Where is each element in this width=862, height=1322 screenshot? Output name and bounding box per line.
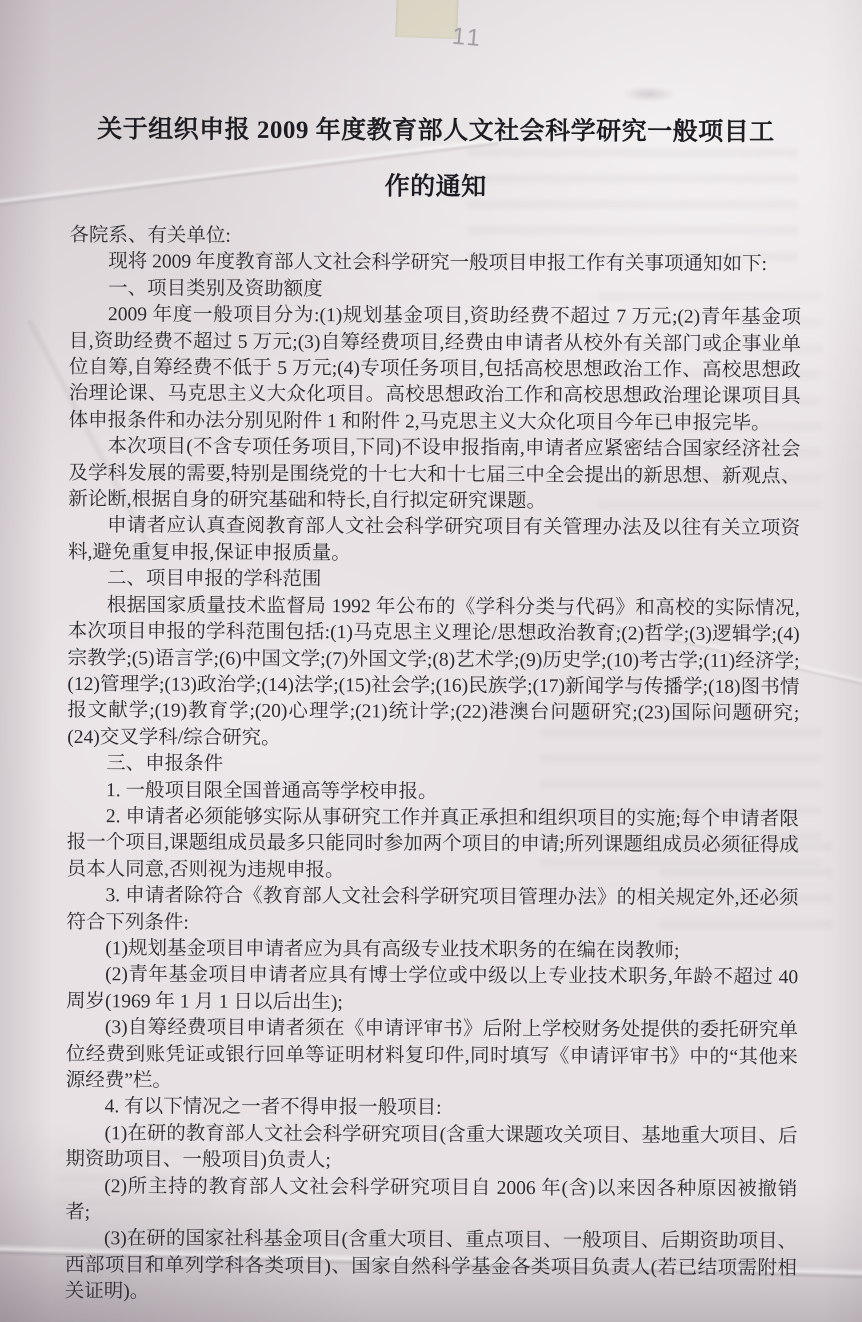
condition-1: 1. 一般项目限全国普通高等学校申报。 xyxy=(67,778,799,808)
tape-mark xyxy=(395,0,459,39)
handwritten-page-number: 11 xyxy=(451,25,484,52)
document-title-line2: 作的通知 xyxy=(70,158,802,217)
condition-4: 4. 有以下情况之一者不得申报一般项目: xyxy=(66,1094,798,1124)
condition-3-2: (2)青年基金项目申请者应具有博士学位或中级以上专业技术职务,年龄不超过 40 … xyxy=(66,962,798,1018)
document-body: 各院系、有关单位: 现将 2009 年度教育部人文社会科学研究一般项目申报工作有… xyxy=(65,223,802,1309)
section-1-categories: 2009 年度一般项目分为:(1)规划基金项目,资助经费不超过 7 万元;(2)… xyxy=(69,302,802,437)
condition-4-2: (2)所主持的教育部人文社会科学研究项目自 2006 年(含)以来因各种原因被撤… xyxy=(65,1174,797,1230)
condition-4-1: (1)在研的教育部人文社会科学研究项目(含重大课题攻关项目、基地重大项目、后期资… xyxy=(65,1121,797,1177)
condition-4-3: (3)在研的国家社科基金项目(含重大项目、重点项目、一般项目、后期资助项目、西部… xyxy=(65,1226,797,1308)
section-2-heading: 二、项目申报的学科范围 xyxy=(68,566,800,596)
condition-3-3: (3)自筹经费项目申请者须在《申请评审书》后附上学校财务处提供的委托研究单位经费… xyxy=(66,1015,798,1097)
section-1-review: 申请者应认真查阅教育部人文社会科学研究项目有关管理办法及以往有关立项资料,避免重… xyxy=(68,513,800,569)
section-3-heading: 三、申报条件 xyxy=(67,751,799,781)
section-1-heading: 一、项目类别及资助额度 xyxy=(69,276,801,306)
document-photo: 11 关于组织申报 2009 年度教育部人文社会科学研究一般项目工 作的通知 各… xyxy=(0,0,862,1322)
condition-3: 3. 申请者除符合《教育部人文社会科学研究项目管理办法》的相关规定外,还必须符合… xyxy=(66,883,798,939)
ink-smudge xyxy=(622,86,676,102)
intro: 现将 2009 年度教育部人文社会科学研究一般项目申报工作有关事项通知如下: xyxy=(69,249,801,279)
section-2-disciplines: 根据国家质量技术监督局 1992 年公布的《学科分类与代码》和高校的实际情况,本… xyxy=(67,593,800,755)
notice-document: 关于组织申报 2009 年度教育部人文社会科学研究一般项目工 作的通知 各院系、… xyxy=(65,102,802,1309)
condition-2: 2. 申请者必须能够实际从事研究工作并真正承担和组织项目的实施;每个申请者限报一… xyxy=(67,804,799,886)
section-1-guidance: 本次项目(不含专项任务项目,下同)不设申报指南,申请者应紧密结合国家经济社会及学… xyxy=(68,434,800,516)
document-title: 关于组织申报 2009 年度教育部人文社会科学研究一般项目工 作的通知 xyxy=(70,102,802,217)
condition-3-1: (1)规划基金项目申请者应为具有高级专业技术职务的在编在岗教师; xyxy=(66,936,798,966)
salutation: 各院系、有关单位: xyxy=(69,223,801,253)
document-title-line1: 关于组织申报 2009 年度教育部人文社会科学研究一般项目工 xyxy=(70,102,802,161)
